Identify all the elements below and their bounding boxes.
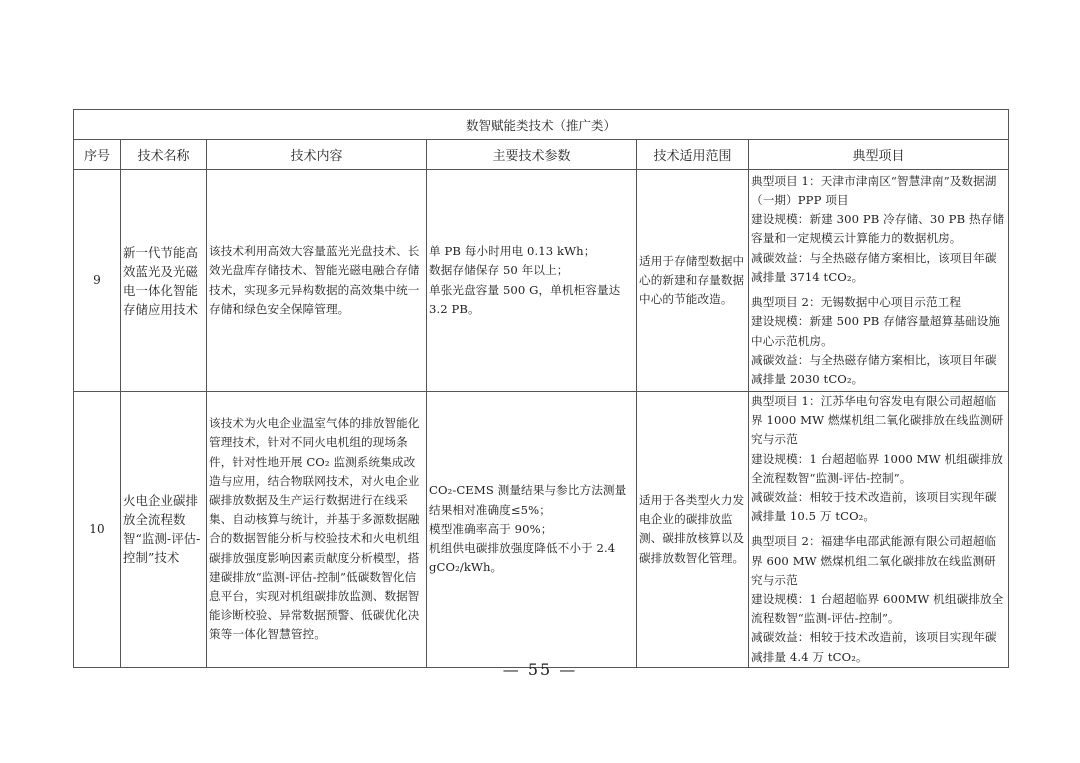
project-scale: 建设规模：1 台超超临界 600MW 机组碳排放全流程数智“监测-评估-控制”。 <box>751 590 1006 628</box>
project-benefit: 减碳效益：与全热磁存储方案相比，该项目年碳减排量 2030 tCO₂。 <box>751 351 1006 389</box>
param-line: 数据存储保存 50 年以上； <box>429 261 634 280</box>
row-index: 10 <box>74 392 121 668</box>
technology-name: 新一代节能高效蓝光及光磁电一体化智能存储应用技术 <box>121 170 207 392</box>
table-title: 数智赋能类技术（推广类） <box>74 110 1009 140</box>
column-header-index: 序号 <box>74 140 121 170</box>
project-title: 典型项目 2：无锡数据中心项目示范工程 <box>751 293 1006 312</box>
document-page: 数智赋能类技术（推广类） 序号 技术名称 技术内容 主要技术参数 技术适用范围 … <box>0 0 1080 763</box>
param-line: 机组供电碳排放强度降低不小于 2.4 gCO₂/kWh。 <box>429 539 634 577</box>
project-scale: 建设规模：新建 500 PB 存储容量超算基础设施中心示范机房。 <box>751 312 1006 350</box>
table-row: 9 新一代节能高效蓝光及光磁电一体化智能存储应用技术 该技术利用高效大容量蓝光光… <box>74 170 1009 392</box>
page-number: — 55 — <box>0 660 1080 679</box>
technology-table: 数智赋能类技术（推广类） 序号 技术名称 技术内容 主要技术参数 技术适用范围 … <box>73 109 1009 668</box>
typical-project: 典型项目 2：福建华电邵武能源有限公司超超临界 600 MW 燃煤机组二氧化碳排… <box>751 532 1006 666</box>
project-title: 典型项目 1：江苏华电句容发电有限公司超超临界 1000 MW 燃煤机组二氧化碳… <box>751 392 1006 450</box>
project-scale: 建设规模：新建 300 PB 冷存储、30 PB 热存储容量和一定规模云计算能力… <box>751 210 1006 248</box>
param-line: CO₂-CEMS 测量结果与参比方法测量结果相对准确度≤5%； <box>429 481 634 519</box>
technology-params: 单 PB 每小时用电 0.13 kWh； 数据存储保存 50 年以上； 单张光盘… <box>427 170 637 392</box>
param-line: 单 PB 每小时用电 0.13 kWh； <box>429 242 634 261</box>
table-row: 10 火电企业碳排放全流程数智“监测-评估-控制”技术 该技术为火电企业温室气体… <box>74 392 1009 668</box>
param-line: 模型准确率高于 90%； <box>429 520 634 539</box>
project-title: 典型项目 2：福建华电邵武能源有限公司超超临界 600 MW 燃煤机组二氧化碳排… <box>751 532 1006 590</box>
row-index: 9 <box>74 170 121 392</box>
project-benefit: 减碳效益：相较于技术改造前，该项目实现年碳减排量 10.5 万 tCO₂。 <box>751 488 1006 526</box>
column-header-content: 技术内容 <box>207 140 427 170</box>
typical-project: 典型项目 1：江苏华电句容发电有限公司超超临界 1000 MW 燃煤机组二氧化碳… <box>751 392 1006 526</box>
column-header-scope: 技术适用范围 <box>637 140 749 170</box>
project-benefit: 减碳效益：与全热磁存储方案相比，该项目年碳减排量 3714 tCO₂。 <box>751 249 1006 287</box>
technology-scope: 适用于各类型火力发电企业的碳排放监测、碳排放核算以及碳排放数智化管理。 <box>637 392 749 668</box>
column-header-name: 技术名称 <box>121 140 207 170</box>
param-line: 单张光盘容量 500 G，单机柜容量达 3.2 PB。 <box>429 281 634 319</box>
typical-project: 典型项目 1：天津市津南区“智慧津南”及数据湖（一期）PPP 项目 建设规模：新… <box>751 172 1006 287</box>
technology-content: 该技术利用高效大容量蓝光光盘技术、长效光盘库存储技术、智能光磁电融合存储技术，实… <box>207 170 427 392</box>
column-header-projects: 典型项目 <box>749 140 1009 170</box>
project-scale: 建设规模：1 台超超临界 1000 MW 机组碳排放全流程数智“监测-评估-控制… <box>751 450 1006 488</box>
project-title: 典型项目 1：天津市津南区“智慧津南”及数据湖（一期）PPP 项目 <box>751 172 1006 210</box>
typical-projects: 典型项目 1：江苏华电句容发电有限公司超超临界 1000 MW 燃煤机组二氧化碳… <box>749 392 1009 668</box>
column-header-params: 主要技术参数 <box>427 140 637 170</box>
technology-name: 火电企业碳排放全流程数智“监测-评估-控制”技术 <box>121 392 207 668</box>
technology-scope: 适用于存储型数据中心的新建和存量数据中心的节能改造。 <box>637 170 749 392</box>
technology-params: CO₂-CEMS 测量结果与参比方法测量结果相对准确度≤5%； 模型准确率高于 … <box>427 392 637 668</box>
typical-projects: 典型项目 1：天津市津南区“智慧津南”及数据湖（一期）PPP 项目 建设规模：新… <box>749 170 1009 392</box>
technology-content: 该技术为火电企业温室气体的排放智能化管理技术，针对不同火电机组的现场条件，针对性… <box>207 392 427 668</box>
typical-project: 典型项目 2：无锡数据中心项目示范工程 建设规模：新建 500 PB 存储容量超… <box>751 293 1006 389</box>
header-row: 序号 技术名称 技术内容 主要技术参数 技术适用范围 典型项目 <box>74 140 1009 170</box>
